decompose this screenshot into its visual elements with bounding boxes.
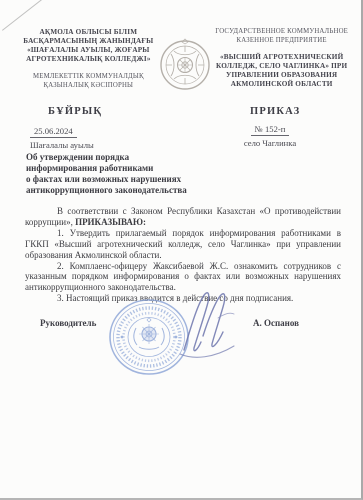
order-place-kazakh: Шағалалы ауылы [30, 140, 94, 150]
emblem-container [155, 28, 215, 92]
org-name-kazakh: АҚМОЛА ОБЛЫСЫ БІЛІМ БАСҚАРМАСЫНЫҢ ЖАНЫНД… [22, 28, 155, 64]
org-name-russian: «ВЫСШИЙ АГРОТЕХНИЧЕСКИЙ КОЛЛЕДЖ, СЕЛО ЧА… [214, 53, 349, 89]
number-place-block: № 152-п село Чаглинка [240, 124, 300, 148]
signer-name: А. Оспанов [253, 318, 299, 328]
intro-text: В соответствии с Законом Республики Каза… [25, 206, 341, 227]
kazakhstan-emblem-icon [157, 36, 213, 92]
org-type-kazakh: МЕМЛЕКЕТТІК КОММУНАЛДЫҚ ҚАЗЫНАЛЫҚ КӘСІПО… [22, 73, 155, 91]
order-title-kazakh: БҰЙРЫҚ [48, 106, 102, 117]
order-place-russian: село Чаглинка [240, 138, 300, 148]
letterhead-russian-column: ГОСУДАРСТВЕННОЕ КОММУНАЛЬНОЕ КАЗЕННОЕ ПР… [214, 28, 349, 89]
signer-role: Руководитель [40, 318, 96, 328]
order-title-russian: ПРИКАЗ [250, 106, 300, 117]
order-subject: Об утверждении порядка информирования ра… [26, 152, 246, 196]
letterhead: АҚМОЛА ОБЛЫСЫ БІЛІМ БАСҚАРМАСЫНЫҢ ЖАНЫНД… [22, 28, 349, 92]
date-place-block: 25.06.2024 Шағалалы ауылы [30, 126, 94, 150]
letterhead-kazakh-column: АҚМОЛА ОБЛЫСЫ БІЛІМ БАСҚАРМАСЫНЫҢ ЖАНЫНД… [22, 28, 155, 91]
org-type-russian: ГОСУДАРСТВЕННОЕ КОММУНАЛЬНОЕ КАЗЕННОЕ ПР… [214, 28, 349, 46]
intro-command: ПРИКАЗЫВАЮ: [75, 217, 146, 227]
intro-paragraph: В соответствии с Законом Республики Каза… [25, 206, 341, 228]
handwritten-signature-icon [170, 284, 248, 364]
scan-scratch-mark [2, 0, 51, 31]
order-number: № 152-п [251, 124, 290, 136]
scanned-order-document: АҚМОЛА ОБЛЫСЫ БІЛІМ БАСҚАРМАСЫНЫҢ ЖАНЫНД… [0, 0, 363, 500]
order-item-1: 1. Утвердить прилагаемый порядок информи… [25, 228, 341, 261]
order-date: 25.06.2024 [30, 126, 77, 138]
